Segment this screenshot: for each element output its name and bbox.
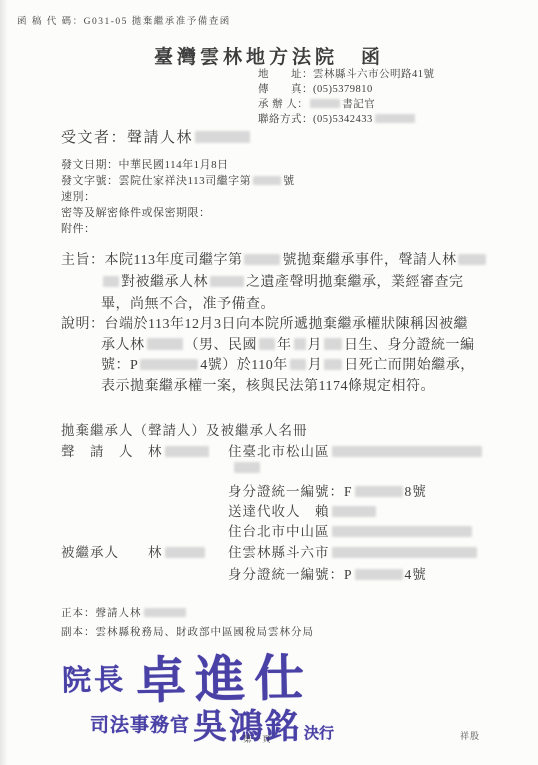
text-segment: 年 <box>277 338 292 353</box>
text-segment: （男、民國 <box>185 338 258 353</box>
text-segment: 住雲林縣斗六市 <box>228 545 330 560</box>
text-segment: 住臺北市松山區 <box>228 444 330 459</box>
text-segment: 被繼承人 林 <box>61 545 163 560</box>
description-block: 說明：台端於113年12月3日向本院所遞拋棄繼承權狀陳稱因被繼 承人林（男、民國… <box>61 315 475 397</box>
text-segment: 對被繼承人林 <box>121 275 208 290</box>
text-segment: 書記官 <box>342 99 375 110</box>
security-line: 密等及解密條件或保密期限： <box>61 205 295 221</box>
text-segment: 地 址：雲林縣斗六市公明路41號 <box>258 69 435 80</box>
redaction-blur <box>324 359 342 370</box>
applicant-address-line-2 <box>232 460 262 476</box>
redaction-blur <box>332 547 477 558</box>
service-agent-line: 送達代收人 賴 <box>228 500 378 520</box>
text-segment: 住台北市中山區 <box>228 524 330 539</box>
text-segment: 號拋棄繼承事件，聲請人林 <box>282 253 456 268</box>
copies-block: 正本：聲請人林 副本：雲林縣稅務局、財政部中區國稅局雲林分局 <box>61 604 314 642</box>
text-segment: 月 <box>308 338 323 353</box>
redaction-blur <box>253 176 281 185</box>
subject-line-1: 主旨：本院113年度司繼字第號拋棄繼承事件，聲請人林 <box>61 250 488 272</box>
text-segment: 月 <box>308 358 323 373</box>
redaction-blur <box>195 131 250 143</box>
text-segment: 日生、身分證統一編 <box>344 338 475 353</box>
redaction-blur <box>355 486 403 497</box>
text-segment: 8號 <box>405 484 427 499</box>
text-segment: 身分證統一編號：P <box>228 567 353 582</box>
description-line-2: 承人林（男、民國年月日生、身分證統一編 <box>61 336 475 357</box>
text-segment: 受文者：聲請人林 <box>61 130 193 146</box>
decedent-address-line: 住雲林縣斗六市 <box>228 541 479 561</box>
text-segment: 發文日期：中華民國114年1月8日 <box>61 159 229 171</box>
recipient-line: 受文者：聲請人林 <box>61 126 252 147</box>
redaction-blur <box>144 608 186 617</box>
meta-block: 發文日期：中華民國114年1月8日 發文字號：雲院仕家祥決113司繼字第號 速別… <box>61 157 295 237</box>
text-segment: 表示拋棄繼承權一案，核與民法第1174條規定相符。 <box>101 379 435 394</box>
description-line-3: 號：P4號）於110年月日死亡而開始繼承， <box>61 356 475 377</box>
applicant-name: 聲 請 人 林 <box>61 440 211 460</box>
text-segment: 號：P <box>101 358 138 373</box>
redaction-blur <box>324 338 342 349</box>
president-title-label: 院長 <box>62 657 127 699</box>
text-segment: 承 辦 人： <box>258 99 308 110</box>
text-segment: 附件： <box>61 223 96 235</box>
doc-code-line: 函 稿 代 碼：G031-05 拋棄繼承准予備查函 <box>17 13 231 27</box>
redaction-blur <box>244 254 280 265</box>
page-number-marker: 第一頁 <box>243 733 272 745</box>
text-segment: 日死亡而開始繼承， <box>344 358 475 373</box>
redaction-blur <box>147 338 183 349</box>
scanned-court-letter: 函 稿 代 碼：G031-05 拋棄繼承准予備查函 臺灣雲林地方法院 函 地 址… <box>0 0 538 765</box>
judicial-officer-signature-stamp: 司法事務官 吳鴻銘 決行 <box>90 699 334 748</box>
text-segment: 說明：台端於113年12月3日向本院所遞拋棄繼承權狀陳稱因被繼 <box>61 317 468 332</box>
doc-number-line: 發文字號：雲院仕家祥決113司繼字第號 <box>61 173 295 189</box>
priority-line: 速別： <box>61 189 295 205</box>
text-segment: 速別： <box>61 191 96 203</box>
redaction-blur <box>259 338 275 349</box>
original-copy-line: 正本：聲請人林 <box>61 604 314 623</box>
redaction-blur <box>332 446 482 457</box>
court-section-marker: 祥股 <box>460 729 480 742</box>
redaction-blur <box>140 359 198 370</box>
contact-line: 聯絡方式：(05)5342433 <box>258 112 435 127</box>
description-line-1: 說明：台端於113年12月3日向本院所遞拋棄繼承權狀陳稱因被繼 <box>61 315 475 336</box>
text-segment: 4號）於110年 <box>200 358 287 373</box>
subject-block: 主旨：本院113年度司繼字第號拋棄繼承事件，聲請人林 對被繼承人林之遺產聲明拋棄… <box>61 250 488 316</box>
redaction-blur <box>310 99 340 108</box>
redaction-blur <box>332 506 376 517</box>
redaction-blur <box>458 254 486 265</box>
description-line-4: 表示拋棄繼承權一案，核與民法第1174條規定相符。 <box>61 377 475 398</box>
subject-line-2: 對被繼承人林之遺產聲明拋棄繼承，業經審查完 <box>61 272 488 294</box>
header-info-block: 地 址：雲林縣斗六市公明路41號 傳 真：(05)5379810 承 辦 人：書… <box>258 67 435 127</box>
decedent-id-line: 身分證統一編號：P4號 <box>228 563 427 583</box>
text-segment: 發文字號：雲院仕家祥決113司繼字第 <box>61 175 251 187</box>
text-segment: 承人林 <box>101 338 145 353</box>
text-segment: 4號 <box>405 567 427 582</box>
redaction-blur <box>234 462 260 473</box>
redaction-blur <box>355 569 403 580</box>
redaction-blur <box>103 276 119 287</box>
text-segment: 身分證統一編號：F <box>228 484 353 499</box>
applicant-address-line-1: 住臺北市松山區 <box>228 440 484 460</box>
subject-line-3: 畢，尚無不合，准予備查。 <box>61 294 488 316</box>
issue-date-line: 發文日期：中華民國114年1月8日 <box>61 157 295 173</box>
decedent-name: 被繼承人 林 <box>61 541 207 561</box>
text-segment: 正本：聲請人林 <box>61 608 142 619</box>
redaction-blur <box>210 276 244 287</box>
text-segment: 主旨：本院113年度司繼字第 <box>61 253 242 268</box>
redaction-blur <box>290 359 306 370</box>
text-segment: 聯絡方式：(05)5342433 <box>258 114 373 125</box>
fax-line: 傳 真：(05)5379810 <box>258 82 435 97</box>
text-segment: 畢，尚無不合，准予備查。 <box>101 297 275 312</box>
roster-title: 拋棄繼承人（聲請人）及被繼承人名冊 <box>61 419 308 439</box>
text-segment: 密等及解密條件或保密期限： <box>61 207 211 219</box>
text-segment: 號 <box>283 175 295 187</box>
redaction-blur <box>375 114 415 123</box>
attachment-line: 附件： <box>61 221 295 237</box>
redaction-blur <box>332 526 472 537</box>
applicant-id-line: 身分證統一編號：F8號 <box>228 480 427 500</box>
handler-line: 承 辦 人：書記官 <box>258 97 435 112</box>
address-line: 地 址：雲林縣斗六市公明路41號 <box>258 67 435 82</box>
service-agent-address-line: 住台北市中山區 <box>228 520 474 540</box>
text-segment: 傳 真：(05)5379810 <box>258 84 373 95</box>
text-segment: 送達代收人 賴 <box>228 504 330 519</box>
redaction-blur <box>165 446 209 457</box>
page-title: 臺灣雲林地方法院 函 <box>0 42 538 69</box>
officer-title-label: 司法事務官 <box>90 710 190 737</box>
redaction-blur <box>165 547 205 558</box>
redaction-blur <box>294 338 306 349</box>
text-segment: 聲 請 人 林 <box>61 444 163 459</box>
text-segment: 副本：雲林縣稅務局、財政部中區國稅局雲林分局 <box>61 627 314 638</box>
text-segment: 之遺產聲明拋棄繼承，業經審查完 <box>246 275 464 290</box>
officer-decision-suffix: 決行 <box>304 722 334 748</box>
